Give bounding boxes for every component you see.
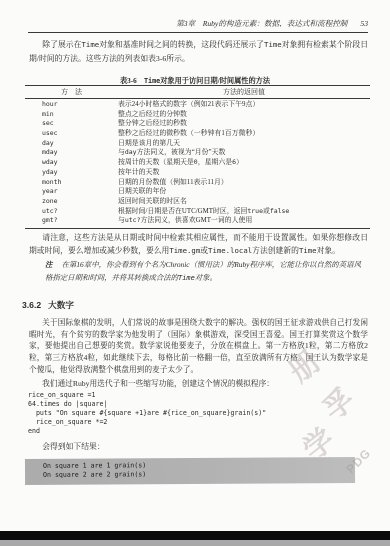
- section-number: 3.6.2: [22, 300, 41, 310]
- code-line: puts "On square #{square +1}are #{rice_o…: [28, 409, 266, 418]
- code-line: rice_on_square *=2: [28, 418, 266, 427]
- column-header-method: 方 法: [25, 87, 118, 97]
- table-row: day日期是该月的第几天: [25, 139, 370, 149]
- output-box: On square 1 are 1 grain(s)On square 2 ar…: [25, 457, 355, 485]
- return-cell: 日期是该月的第几天: [118, 139, 370, 149]
- output-line: On square 2 are 2 grain(s): [43, 469, 355, 480]
- chapter-note: 注在第16章中，你会看到有个名为Chronic（惯用法）的Ruby程序库，它能让…: [45, 258, 361, 285]
- method-cell: utc?: [25, 207, 118, 217]
- return-cell: 整点之后经过的分钟数: [118, 110, 370, 120]
- note-marker: 注: [45, 260, 52, 269]
- method-cell: year: [25, 187, 118, 197]
- table-body: hour表示24小时格式的数字（例如21表示下午9点）min整点之后经过的分钟数…: [25, 99, 370, 228]
- note-text: 在第16章中，你会看到有个名为Chronic（惯用法）的Ruby程序库，它能让你…: [45, 260, 361, 282]
- table-row: sec整分钟之后经过的秒数: [25, 119, 370, 129]
- return-cell: 表示24小时格式的数字（例如21表示下午9点）: [118, 100, 370, 110]
- column-header-return: 方法的返回值: [118, 87, 370, 97]
- return-cell: 与utc?方法同义，供喜欢GMT一词的人使用: [118, 216, 370, 226]
- notice-paragraph: 请注意，这些方法是从日期或时间中检索其相应属性，而不能用于设置属性。如果你想修改…: [29, 231, 368, 257]
- section-title: 大数字: [48, 300, 74, 310]
- method-cell: hour: [25, 100, 118, 110]
- return-cell: 返回时间关联的时区名: [118, 197, 370, 207]
- table-row: gmt?与utc?方法同义，供喜欢GMT一词的人使用: [25, 216, 370, 226]
- table-row: wday按周计的天数（星期天是0，星期六是6）: [25, 158, 370, 168]
- method-cell: wday: [25, 158, 118, 168]
- running-head: 第3章 Ruby的构造元素：数据、表达式和流程控制53: [28, 19, 368, 33]
- table-row: utc?根据时间/日期是否在UTC/GMT时区，返回true或false: [25, 207, 370, 217]
- footer-gray-bar: [0, 540, 390, 546]
- method-cell: gmt?: [25, 216, 118, 226]
- table-row: usec整秒之后经过的微秒数（一秒钟有1百万微秒）: [25, 129, 370, 139]
- page-number: 53: [360, 19, 368, 28]
- table-row: zone返回时间关联的时区名: [25, 197, 370, 207]
- table-row: year日期关联的年份: [25, 187, 370, 197]
- code-line: 64.times do |square|: [28, 400, 266, 409]
- methods-table: 方 法 方法的返回值 hour表示24小时格式的数字（例如21表示下午9点）mi…: [25, 85, 370, 229]
- code-block: rice_on_square =164.times do |square| pu…: [28, 391, 266, 436]
- code-line: end: [28, 427, 266, 436]
- table-row: month日期的月份数值（例如11表示11月）: [25, 178, 370, 188]
- return-cell: 按周计的天数（星期天是0，星期六是6）: [118, 158, 370, 168]
- method-cell: yday: [25, 168, 118, 178]
- chapter-title: 第3章 Ruby的构造元素：数据、表达式和流程控制: [176, 19, 347, 28]
- return-cell: 日期的月份数值（例如11表示11月）: [118, 178, 370, 188]
- return-cell: 按年计的天数: [118, 168, 370, 178]
- method-cell: month: [25, 178, 118, 188]
- intro-paragraph: 除了展示在Time对象和基准时间之间的转换，这段代码还展示了Time对象拥有检索…: [29, 38, 368, 66]
- table-header-row: 方 法 方法的返回值: [25, 86, 370, 99]
- return-cell: 根据时间/日期是否在UTC/GMT时区，返回true或false: [118, 207, 370, 217]
- table-row: yday按年计的天数: [25, 168, 370, 178]
- method-cell: sec: [25, 119, 118, 129]
- return-cell: 日期关联的年份: [118, 187, 370, 197]
- method-cell: zone: [25, 197, 118, 207]
- table-row: min整点之后经过的分钟数: [25, 110, 370, 120]
- method-cell: mday: [25, 148, 118, 158]
- return-cell: 整分钟之后经过的秒数: [118, 119, 370, 129]
- return-cell: 与day方法同义，被视为“月份”天数: [118, 148, 370, 158]
- table-row: hour表示24小时格式的数字（例如21表示下午9点）: [25, 100, 370, 110]
- method-cell: usec: [25, 129, 118, 139]
- method-cell: day: [25, 139, 118, 149]
- footer-black-bar: [0, 531, 390, 540]
- code-line: rice_on_square =1: [28, 391, 266, 400]
- table-row: mday与day方法同义，被视为“月份”天数: [25, 148, 370, 158]
- story-paragraph: 关于国际象棋的发明，人们常说的故事是围绕大数字的解决。强权的国王征求游戏供自己打…: [29, 317, 368, 376]
- scanned-book-page: 第3章 Ruby的构造元素：数据、表达式和流程控制53 除了展示在Time对象和…: [0, 0, 390, 546]
- section-heading: 3.6.2大数字: [22, 299, 74, 311]
- leadin-paragraph: 我们通过Ruby用迭代子和一些缩写功能，创建这个情况的模拟程序：: [29, 378, 368, 390]
- method-cell: min: [25, 110, 118, 120]
- return-cell: 整秒之后经过的微秒数（一秒钟有1百万微秒）: [118, 129, 370, 139]
- result-lead-paragraph: 会得到如下结果：: [29, 440, 368, 454]
